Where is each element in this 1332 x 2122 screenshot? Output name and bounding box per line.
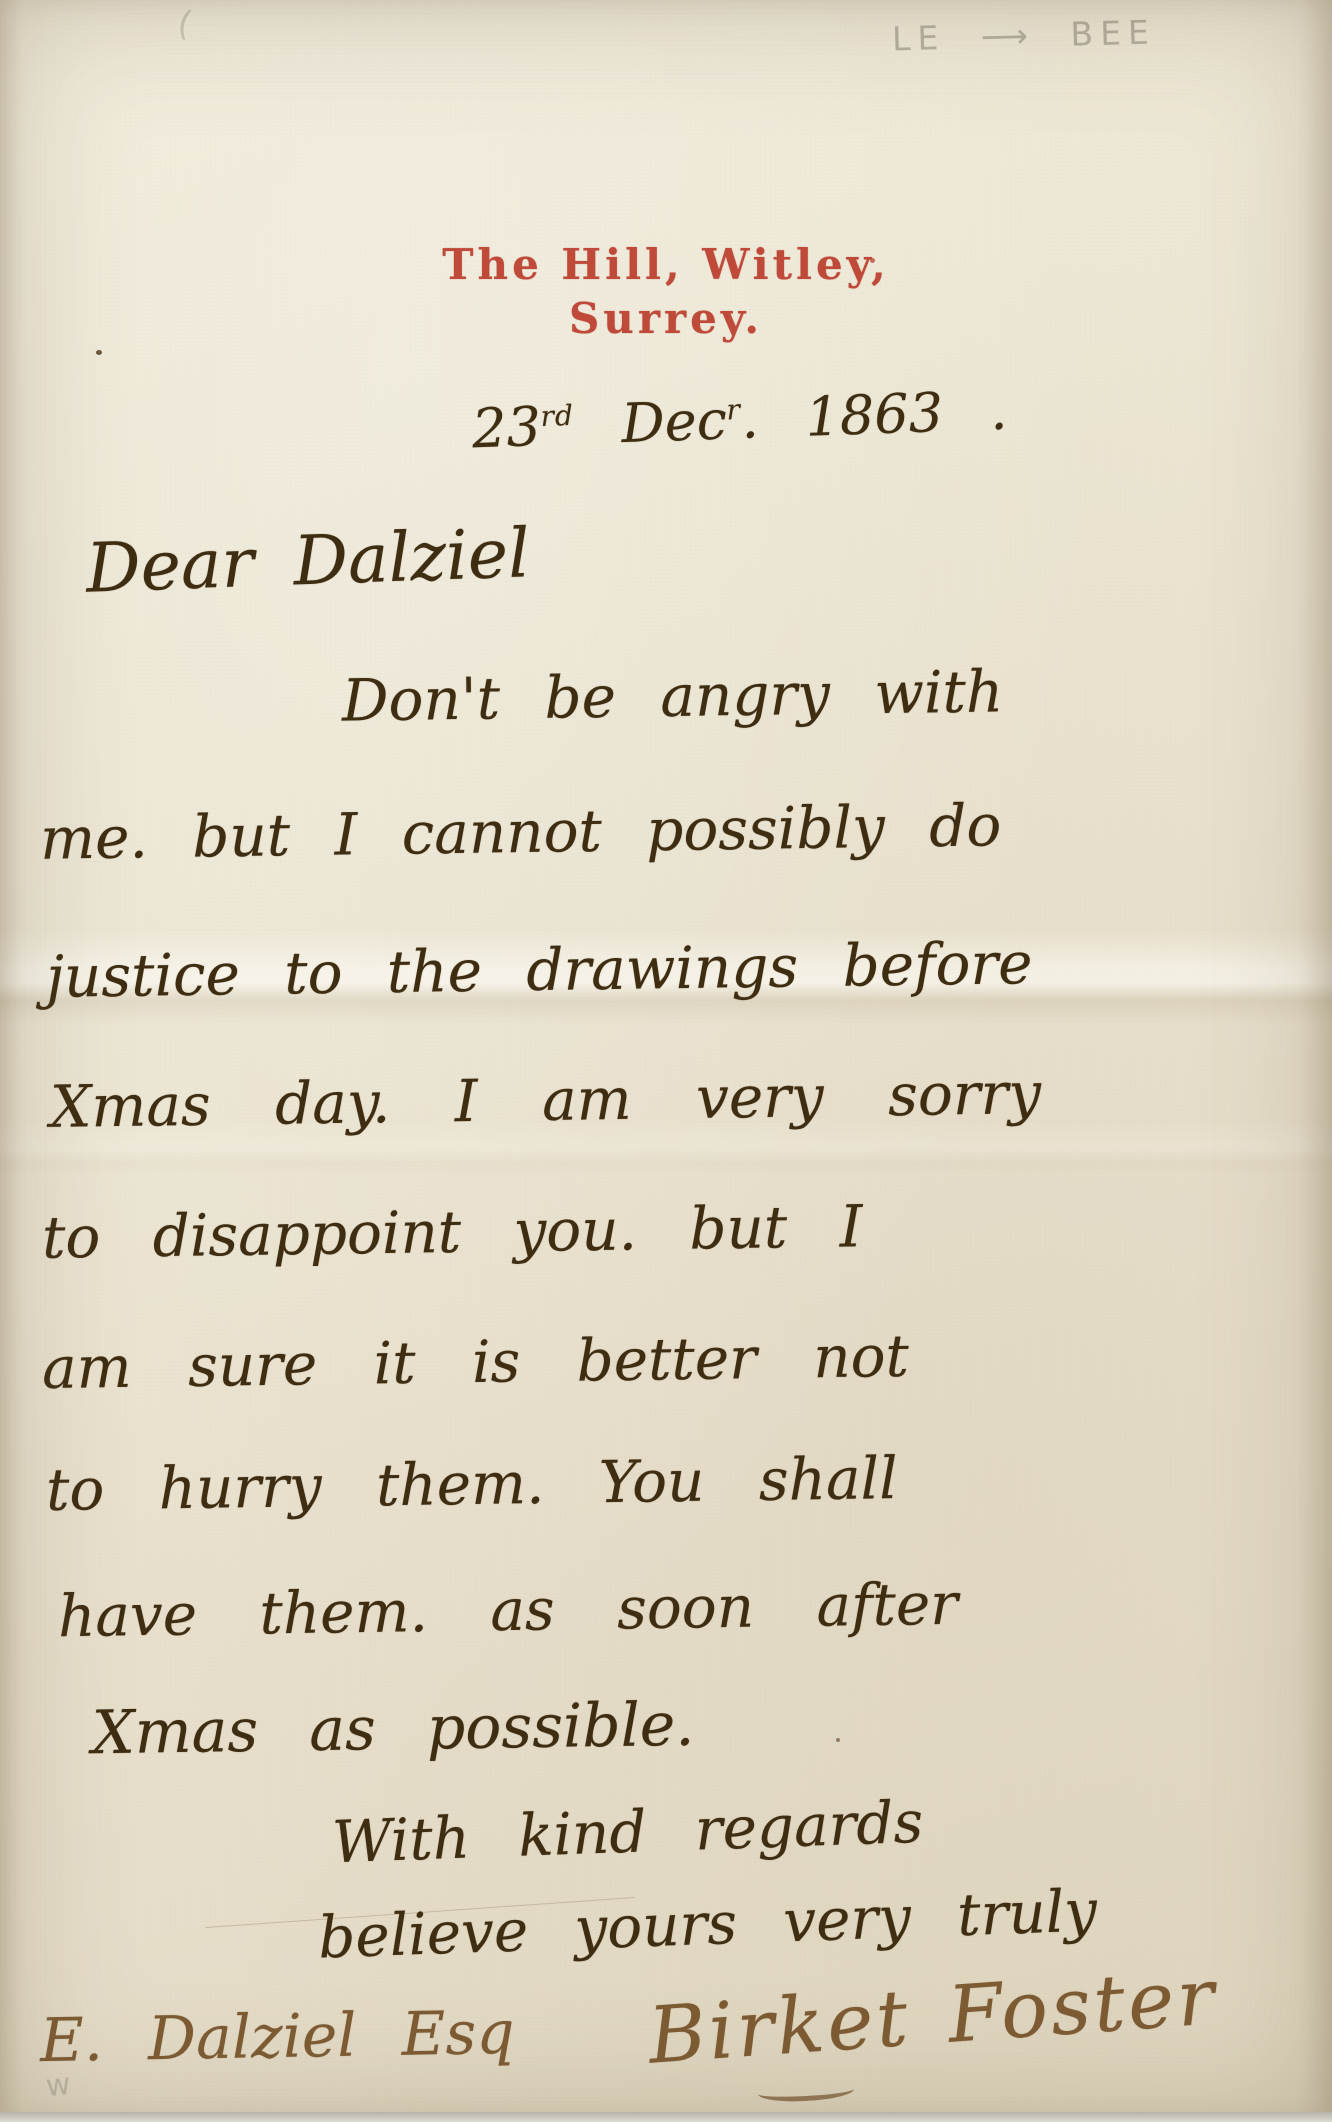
- pencil-mark-top-left: (: [174, 3, 195, 45]
- paper-edge-right: [1298, 0, 1332, 2122]
- date-separator-1: [573, 392, 622, 457]
- letter-line-7: to hurry them. You shall: [46, 1444, 899, 1524]
- date-day-suffix: rd: [540, 399, 575, 433]
- closing-regards: With kind regards: [331, 1788, 924, 1877]
- letter-line-1: Don't be angry with: [342, 657, 1004, 734]
- date-separator-2: .: [740, 386, 807, 451]
- letter-line-4: Xmas day. I am very sorry: [50, 1059, 1042, 1141]
- date-day: 23: [471, 395, 542, 460]
- letter-line-5: to disappoint you. but I: [42, 1192, 863, 1271]
- date-month: Dec: [620, 388, 728, 455]
- letter-line-3: justice to the drawings before: [46, 929, 1033, 1011]
- closing-yours-truly: believe yours very truly: [317, 1876, 1098, 1971]
- signature-flourish: [758, 2080, 855, 2104]
- salutation: Dear Dalziel: [85, 514, 531, 608]
- scan-edge-bottom: [0, 2112, 1332, 2122]
- letter-line-2: me. but I cannot possibly do: [40, 791, 1002, 872]
- date-month-suffix: r: [726, 393, 742, 426]
- date-line: 23rd Decr. 1863 .: [471, 379, 1008, 461]
- ink-speck-small: [836, 1738, 840, 1742]
- signature: Birket Foster: [646, 1952, 1221, 2082]
- letter-line-8: have them. as soon after: [58, 1570, 959, 1651]
- date-trailing-dot: .: [942, 379, 1009, 444]
- date-year: 1863: [804, 381, 944, 449]
- recipient-line: E. Dalziel Esq: [39, 1998, 515, 2076]
- pencil-annotation-top-right: LE ⟶ BEE: [892, 13, 1157, 59]
- letter-line-9: Xmas as possible.: [92, 1690, 695, 1768]
- ink-speck: [96, 350, 102, 355]
- letter-line-6: am sure it is better not: [42, 1322, 910, 1402]
- paper-edge-left: [0, 0, 22, 2122]
- letterhead: The Hill, Witley, Surrey.: [442, 238, 889, 346]
- letter-scan: ( LE ⟶ BEE w The Hill, Witley, Surrey. 2…: [0, 0, 1332, 2122]
- letterhead-address-line: The Hill, Witley,: [442, 238, 889, 292]
- letterhead-county-line: Surrey.: [442, 292, 889, 346]
